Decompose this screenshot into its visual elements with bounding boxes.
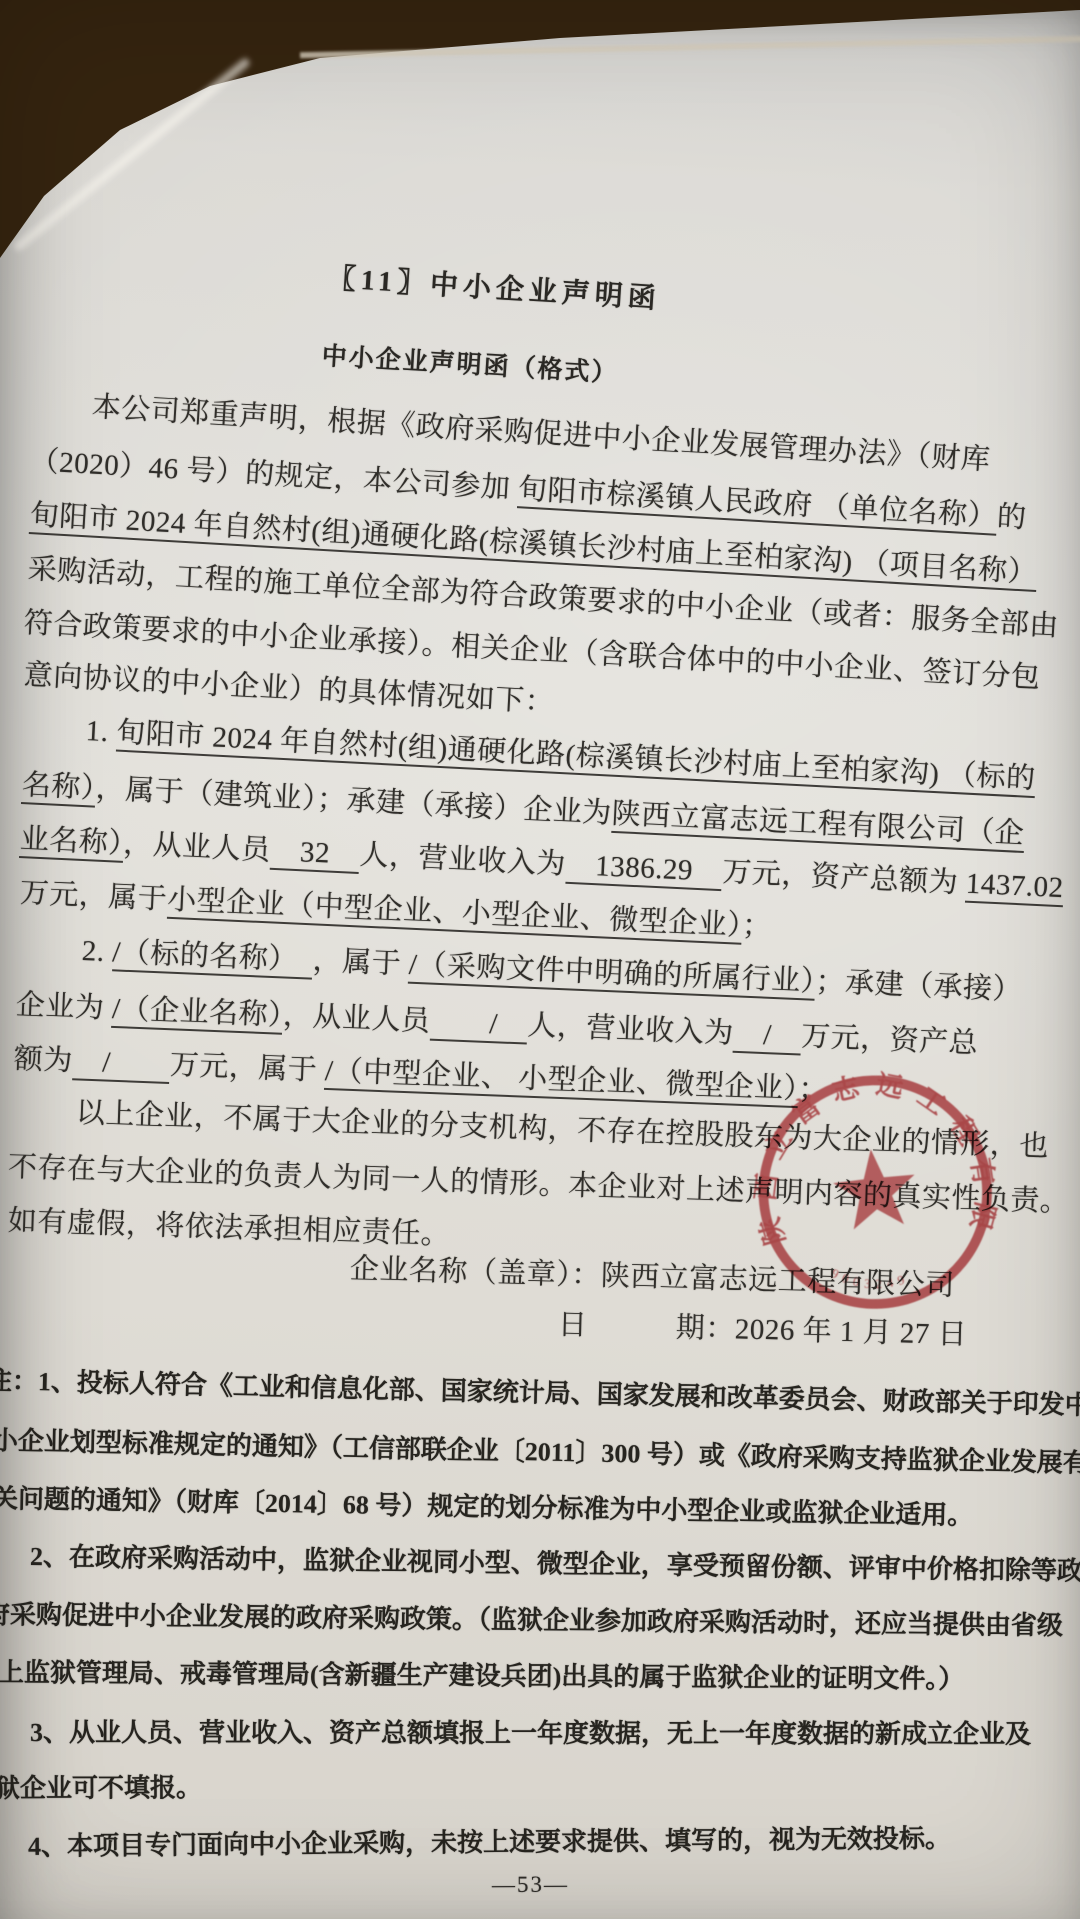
field-revenue2: / <box>733 1018 802 1056</box>
line-text: ，从业人员 <box>282 1000 431 1038</box>
seal-number: 9003249 <box>828 1258 912 1296</box>
line-text: 企业为 <box>15 989 112 1025</box>
field-total-assets: 1437.02 <box>965 868 1064 908</box>
field-assets2: / <box>72 1045 170 1084</box>
field-contractor2-name: /（企业名称） <box>111 993 283 1035</box>
line-text: ； <box>741 910 772 943</box>
item-number: 1. <box>85 715 117 749</box>
field-employee-count: 32 <box>270 835 361 874</box>
note-line: 狱企业可不填报。 <box>0 1767 202 1805</box>
line-text: ，属于 <box>312 945 410 981</box>
note-line: 上监狱管理局、戒毒管理局(含新疆生产建设兵团)出具的属于监狱企业的证明文件。） <box>0 1652 964 1696</box>
line-text: ；承建（承接） <box>815 966 1023 1007</box>
field-subject-name-cont: 名称） <box>21 769 97 808</box>
seal-star-icon <box>830 1145 919 1231</box>
note-line: 3、从业人员、营业收入、资产总额填报上一年度数据，无上一年度数据的新成立企业及 <box>30 1712 1031 1751</box>
line-text: ，从业人员 <box>123 828 272 867</box>
company-seal: 陕西立富志远工程有限公司 9003249 <box>733 1048 1017 1332</box>
line-text: 额为 <box>13 1043 73 1077</box>
line-text: 人，营业收入为 <box>527 1010 735 1050</box>
line-text: 的 <box>996 501 1027 535</box>
field-revenue: 1386.29 <box>565 849 723 891</box>
field-contractor-name-cont: 业名称） <box>19 823 124 863</box>
line-text: 万元，属于 <box>19 877 168 916</box>
document-photo: 〖11〗中小企业声明函 中小企业声明函（格式） 本公司郑重声明，根据《政府采购促… <box>0 0 1080 1919</box>
line-text: 万元，属于 <box>169 1049 325 1087</box>
field-employee2-count: / <box>430 1006 528 1045</box>
item-number: 2. <box>81 935 113 968</box>
page-number: —53— <box>492 1872 569 1898</box>
line-text: 人，营业收入为 <box>359 839 567 881</box>
svg-text:9003249: 9003249 <box>828 1258 912 1296</box>
